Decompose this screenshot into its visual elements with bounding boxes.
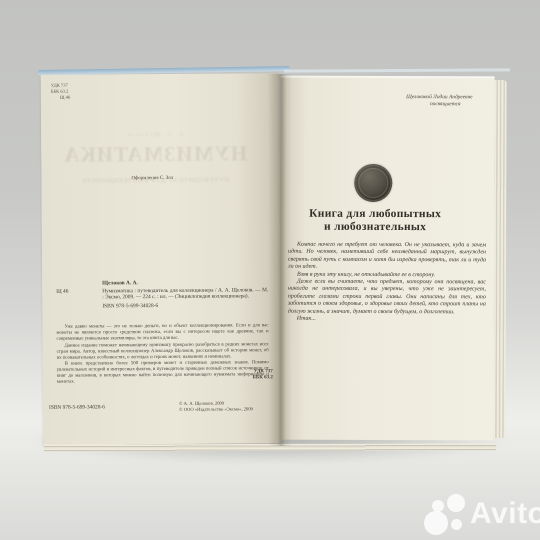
body-paragraph: Итак...	[288, 316, 486, 324]
left-page: УДК 737 ББК 63.2 Щ 46 А. А. Щелоков НУМИ…	[41, 73, 282, 445]
chapter-title: Книга для любопытных и любознательных	[280, 208, 470, 235]
dedication: Щелоковой Лидии Андреевне посвящается	[406, 94, 472, 108]
annotation-paragraph: Уже давно монеты — это не только деньги,…	[56, 323, 268, 342]
avito-wordmark: Avito	[470, 499, 540, 529]
catalog-entry-row: Щ 46 Нумизматика : путеводитель для колл…	[56, 287, 268, 301]
bbk-code: ББК 63.2	[51, 88, 70, 94]
coin-medallion-image	[354, 164, 392, 202]
udk-bbk-right: УДК 737 ББК 63.2	[253, 369, 273, 382]
body-paragraph: Даже если вы считаете, что предмет, кото…	[288, 279, 486, 317]
isbn-line: ISBN 978-5-699-34028-6	[102, 303, 268, 310]
copyright-block: © А. А. Щелоков, 2009 © ООО «Издательств…	[179, 400, 253, 412]
chapter-body: Компас ничего не требует от человека. Он…	[288, 242, 486, 324]
avito-watermark: Avito	[424, 484, 540, 536]
page-stack-bottom-edge	[44, 443, 496, 451]
show-through-author: А. А. Щелоков	[49, 131, 261, 138]
page-stack-fore-edge	[493, 80, 506, 438]
classification-codes: УДК 737 ББК 63.2 Щ 46	[51, 83, 71, 101]
chapter-title-line2: и любознательных	[280, 221, 470, 235]
dedication-name: Щелоковой Лидии Андреевне	[406, 94, 472, 101]
design-credit: Оформление С. Зол	[131, 176, 173, 181]
body-paragraph: Компас ничего не требует от человека. Он…	[288, 242, 486, 272]
bbk-code-bottom: ББК 63.2	[253, 375, 273, 381]
catalog-author: Щелоков А. А.	[102, 279, 268, 287]
copyright-publisher: © ООО «Издательство «Эксмо», 2009	[179, 406, 253, 412]
open-book: УДК 737 ББК 63.2 Щ 46 А. А. Щелоков НУМИ…	[38, 56, 506, 456]
chapter-title-line1: Книга для любопытных	[280, 208, 470, 222]
catalog-block: Щелоков А. А. Щ 46 Нумизматика : путевод…	[56, 279, 268, 310]
avito-circle-small-bottom-right	[451, 519, 462, 530]
annotation-paragraph: Данное издание поможет начинающему нумиз…	[57, 342, 269, 361]
avito-logo-icon	[424, 494, 468, 536]
book-cover-edge-right	[284, 68, 510, 72]
author-sign-code: Щ 46	[51, 94, 70, 100]
photo-scene: УДК 737 ББК 63.2 Щ 46 А. А. Щелоков НУМИ…	[0, 0, 540, 540]
annotation-block: Уже давно монеты — это не только деньги,…	[56, 323, 268, 387]
annotation-paragraph: В книге представлено более 500 примеров …	[57, 361, 269, 386]
isbn-bottom: ISBN 978-5-699-34028-6	[49, 404, 105, 410]
avito-circle-medium-top-right	[447, 494, 465, 512]
catalog-code: Щ 46	[56, 288, 102, 301]
show-through-title: НУМИЗМАТИКА	[49, 142, 261, 165]
avito-circle-large-bottom-left	[424, 511, 448, 535]
catalog-entry: Нумизматика : путеводитель для коллекцио…	[102, 287, 268, 301]
dedication-word: посвящается	[406, 101, 472, 108]
right-page: Щелоковой Лидии Андреевне посвящается Кн…	[279, 76, 494, 441]
